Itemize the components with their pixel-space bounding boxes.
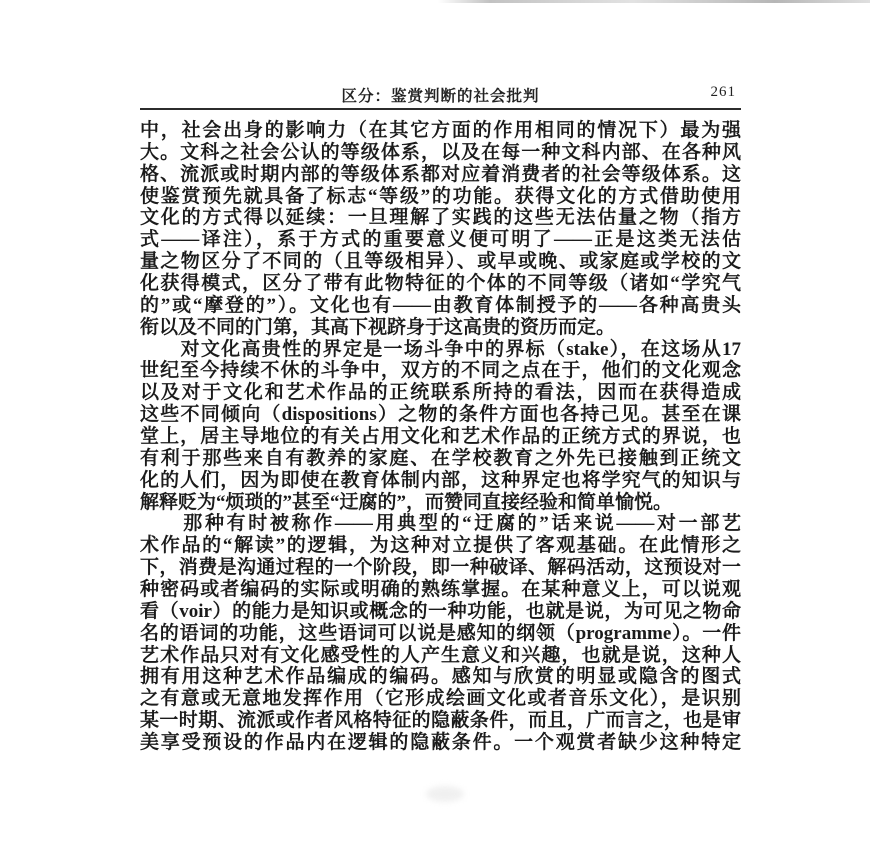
text-line: 解释贬为“烦琐的”甚至“迂腐的”，而赞同直接经验和简单愉悦。 <box>140 492 741 514</box>
text-line: 式——译注），系于方式的重要意义便可明了——正是这类无法估 <box>140 229 741 251</box>
text-line: 文化的方式得以延续：一旦理解了实践的这些无法估量之物（指方 <box>140 207 741 229</box>
text-line: 拥有用这种艺术作品编成的编码。感知与欣赏的明显或隐含的图式 <box>140 666 741 688</box>
text-line: 的”或“摩登的”）。文化也有——由教育体制授予的——各种高贵头 <box>140 295 741 317</box>
text-line: 堂上，居主导地位的有关占用文化和艺术作品的正统方式的界说，也 <box>140 426 741 448</box>
text-line: 世纪至今持续不休的斗争中，双方的不同之点在于，他们的文化观念 <box>140 360 741 382</box>
text-line: 对文化高贵性的界定是一场斗争中的界标（stake），在这场从17 <box>140 339 741 361</box>
page-header: 区分：鉴赏判断的社会批判 261 <box>140 84 741 106</box>
text-line: 种密码或者编码的实际或明确的熟练掌握。在某种意义上，可以说观 <box>140 579 741 601</box>
header-rule <box>140 108 741 110</box>
text-line: 术作品的“解读”的逻辑，为这种对立提供了客观基础。在此情形之 <box>140 535 741 557</box>
text-line: 以及对于文化和艺术作品的正统联系所持的看法，因而在获得造成 <box>140 382 741 404</box>
text-line: 衔以及不同的门第，其高下视跻身于这高贵的资历而定。 <box>140 317 741 339</box>
text-line: 艺术作品只对有文化感受性的人产生意义和兴趣，也就是说，这种人 <box>140 645 741 667</box>
text-line: 这些不同倾向（dispositions）之物的条件方面也各持己见。甚至在课 <box>140 404 741 426</box>
text-line: 某一时期、流派或作者风格特征的隐蔽条件，而且，广而言之，也是审 <box>140 710 741 732</box>
running-title: 区分：鉴赏判断的社会批判 <box>140 84 741 106</box>
text-line: 之有意或无意地发挥作用（它形成绘画文化或者音乐文化），是识别 <box>140 688 741 710</box>
text-line: 中，社会出身的影响力（在其它方面的作用相同的情况下）最为强 <box>140 120 741 142</box>
text-line: 量之物区分了不同的（且等级相异）、或早或晚、或家庭或学校的文 <box>140 251 741 273</box>
text-line: 看（voir）的能力是知识或概念的一种功能，也就是说，为可见之物命 <box>140 601 741 623</box>
text-line: 有利于那些来自有教养的家庭、在学校教育之外先已接触到正统文 <box>140 448 741 470</box>
text-line: 化的人们，因为即使在教育体制内部，这种界定也将学究气的知识与 <box>140 470 741 492</box>
book-page: 区分：鉴赏判断的社会批判 261 中，社会出身的影响力（在其它方面的作用相同的情… <box>0 0 870 842</box>
text-line: 大。文科之社会公认的等级体系，以及在每一种文科内部、在各种风 <box>140 142 741 164</box>
page-number: 261 <box>711 84 737 101</box>
text-line: 格、流派或时期内部的等级体系都对应着消费者的社会等级体系。这 <box>140 164 741 186</box>
text-line: 那种有时被称作——用典型的“迂腐的”话来说——对一部艺 <box>140 513 741 535</box>
text-line: 使鉴赏预先就具备了标志“等级”的功能。获得文化的方式借助使用 <box>140 186 741 208</box>
text-line: 下，消费是沟通过程的一个阶段，即一种破译、解码活动，这预设对一 <box>140 557 741 579</box>
text-line: 化获得模式，区分了带有此物特征的个体的不同等级（诸如“学究气 <box>140 273 741 295</box>
scan-smudge <box>426 786 464 802</box>
body-text: 中，社会出身的影响力（在其它方面的作用相同的情况下）最为强大。文科之社会公认的等… <box>140 120 741 754</box>
scan-artifact-top-edge <box>438 0 870 3</box>
text-line: 美享受预设的作品内在逻辑的隐蔽条件。一个观赏者缺少这种特定 <box>140 732 741 754</box>
text-line: 名的语词的功能，这些语词可以说是感知的纲领（programme）。一件 <box>140 623 741 645</box>
